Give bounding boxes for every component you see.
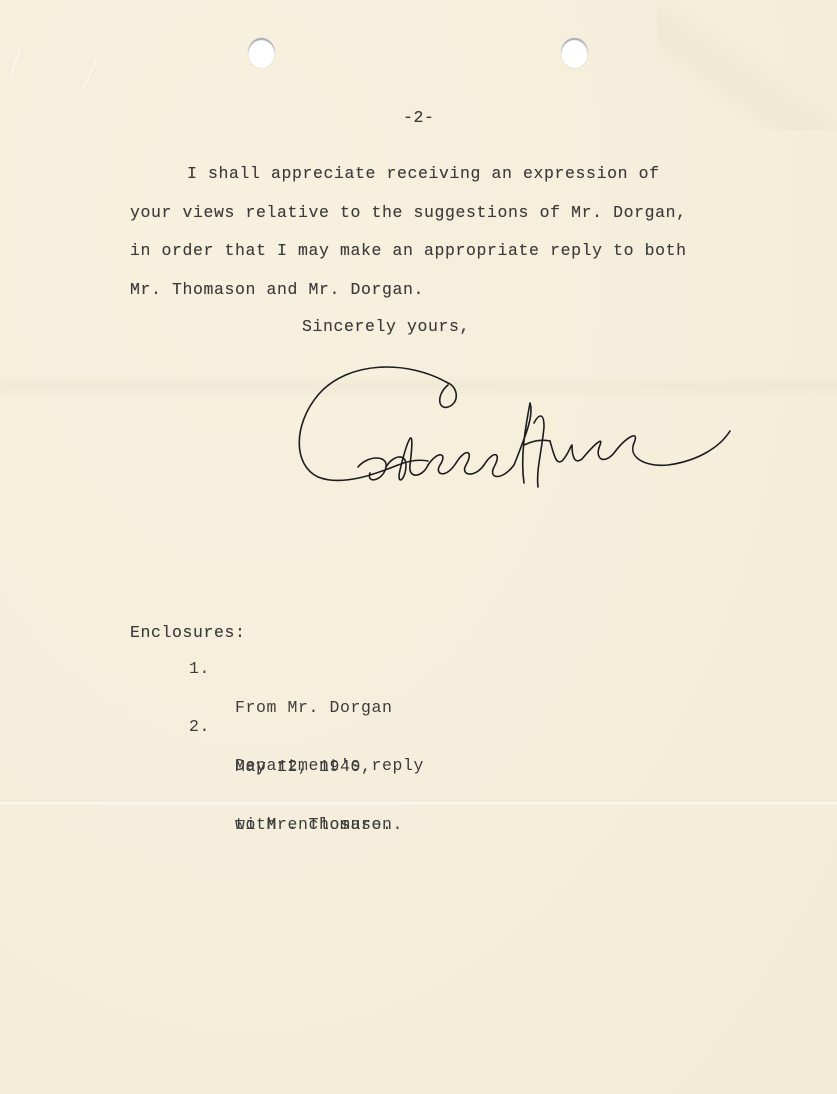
enclosures-heading: Enclosures: (130, 623, 246, 642)
enclosure-item: Department's reply to Mr. Thomason. (235, 717, 424, 873)
paper-scratch (83, 60, 97, 88)
enclosure-number: 1. (189, 659, 210, 678)
body-line: your views relative to the suggestions o… (130, 203, 687, 222)
body-line: Mr. Thomason and Mr. Dorgan. (130, 280, 424, 299)
page-number: -2- (403, 108, 435, 127)
enclosure-line: to Mr. Thomason. (235, 815, 424, 835)
body-line: in order that I may make an appropriate … (130, 241, 687, 260)
closing-salutation: Sincerely yours, (302, 317, 470, 336)
body-line: I shall appreciate receiving an expressi… (187, 164, 660, 183)
punch-hole-right (561, 38, 588, 68)
signature (288, 355, 738, 495)
letter-page: -2- I shall appreciate receiving an expr… (0, 0, 837, 1094)
paper-scratch (10, 48, 21, 77)
punch-hole-left (248, 38, 275, 68)
paper-crease (657, 0, 837, 130)
enclosure-line: Department's reply (235, 756, 424, 776)
enclosure-line: From Mr. Dorgan (235, 698, 393, 718)
enclosure-number: 2. (189, 717, 210, 736)
